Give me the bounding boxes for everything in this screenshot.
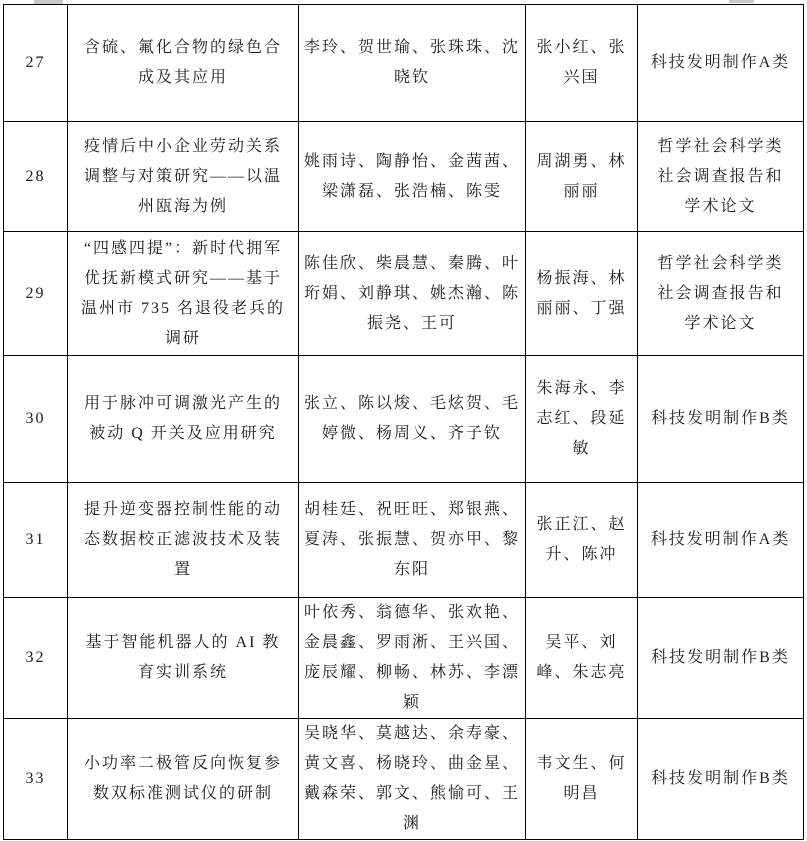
category-cell: 哲学社会科学类社会调查报告和学术论文 (638, 232, 804, 356)
row-number-cell: 33 (4, 719, 68, 840)
table-row: 29 “四感四提”：新时代拥军优抚新模式研究——基于温州市 735 名退役老兵的… (4, 232, 804, 356)
table-row: 27 含硫、氟化合物的绿色合成及其应用 李玲、贺世瑜、张珠珠、沈晓钦 张小红、张… (4, 5, 804, 122)
students-cell: 张立、陈以焌、毛炫贺、毛婷微、杨周义、齐子钦 (299, 356, 526, 483)
category-cell: 科技发明制作A类 (638, 483, 804, 598)
row-number-cell: 32 (4, 598, 68, 719)
table-row: 32 基于智能机器人的 AI 教育实训系统 叶依秀、翁德华、张欢艳、金晨鑫、罗雨… (4, 598, 804, 719)
category-cell: 科技发明制作B类 (638, 719, 804, 840)
table-row: 30 用于脉冲可调激光产生的被动 Q 开关及应用研究 张立、陈以焌、毛炫贺、毛婷… (4, 356, 804, 483)
row-number-cell: 29 (4, 232, 68, 356)
students-cell: 姚雨诗、陶静怡、金茜茜、梁潇磊、张浩楠、陈雯 (299, 122, 526, 232)
category-cell: 哲学社会科学类社会调查报告和学术论文 (638, 122, 804, 232)
advisors-cell: 周湖勇、林丽丽 (526, 122, 638, 232)
students-cell: 陈佳欣、柴晨慧、秦腾、叶珩娟、刘静琪、姚杰瀚、陈振尧、王可 (299, 232, 526, 356)
advisors-cell: 吴平、刘峰、朱志亮 (526, 598, 638, 719)
table-row: 28 疫情后中小企业劳动关系调整与对策研究——以温州瓯海为例 姚雨诗、陶静怡、金… (4, 122, 804, 232)
project-title-cell: 含硫、氟化合物的绿色合成及其应用 (68, 5, 299, 122)
advisors-cell: 杨振海、林丽丽、丁强 (526, 232, 638, 356)
category-cell: 科技发明制作B类 (638, 598, 804, 719)
students-cell: 吴晓华、莫越达、余寿豪、黄文喜、杨晓玲、曲金星、戴森荣、郭文、熊愉可、王渊 (299, 719, 526, 840)
students-cell: 李玲、贺世瑜、张珠珠、沈晓钦 (299, 5, 526, 122)
table-row: 31 提升逆变器控制性能的动态数据校正滤波技术及装置 胡桂廷、祝旺旺、郑银燕、夏… (4, 483, 804, 598)
students-cell: 叶依秀、翁德华、张欢艳、金晨鑫、罗雨淅、王兴国、庞辰耀、柳畅、林苏、李漂颖 (299, 598, 526, 719)
row-number-cell: 27 (4, 5, 68, 122)
project-title-cell: 小功率二极管反向恢复参数双标准测试仪的研制 (68, 719, 299, 840)
advisors-cell: 张小红、张兴国 (526, 5, 638, 122)
students-cell: 胡桂廷、祝旺旺、郑银燕、夏涛、张振慧、贺亦甲、黎东阳 (299, 483, 526, 598)
row-number-cell: 28 (4, 122, 68, 232)
row-number-cell: 31 (4, 483, 68, 598)
table-row: 33 小功率二极管反向恢复参数双标准测试仪的研制 吴晓华、莫越达、余寿豪、黄文喜… (4, 719, 804, 840)
advisors-cell: 朱海永、李志红、段延敏 (526, 356, 638, 483)
category-cell: 科技发明制作A类 (638, 5, 804, 122)
row-number-cell: 30 (4, 356, 68, 483)
project-title-cell: 用于脉冲可调激光产生的被动 Q 开关及应用研究 (68, 356, 299, 483)
project-title-cell: 基于智能机器人的 AI 教育实训系统 (68, 598, 299, 719)
project-title-cell: 提升逆变器控制性能的动态数据校正滤波技术及装置 (68, 483, 299, 598)
project-title-cell: “四感四提”：新时代拥军优抚新模式研究——基于温州市 735 名退役老兵的调研 (68, 232, 299, 356)
page-edge-artifact-right (729, 0, 754, 3)
project-title-cell: 疫情后中小企业劳动关系调整与对策研究——以温州瓯海为例 (68, 122, 299, 232)
category-cell: 科技发明制作B类 (638, 356, 804, 483)
advisors-cell: 张正江、赵升、陈冲 (526, 483, 638, 598)
advisors-cell: 韦文生、何明昌 (526, 719, 638, 840)
awards-table: 27 含硫、氟化合物的绿色合成及其应用 李玲、贺世瑜、张珠珠、沈晓钦 张小红、张… (3, 4, 804, 840)
